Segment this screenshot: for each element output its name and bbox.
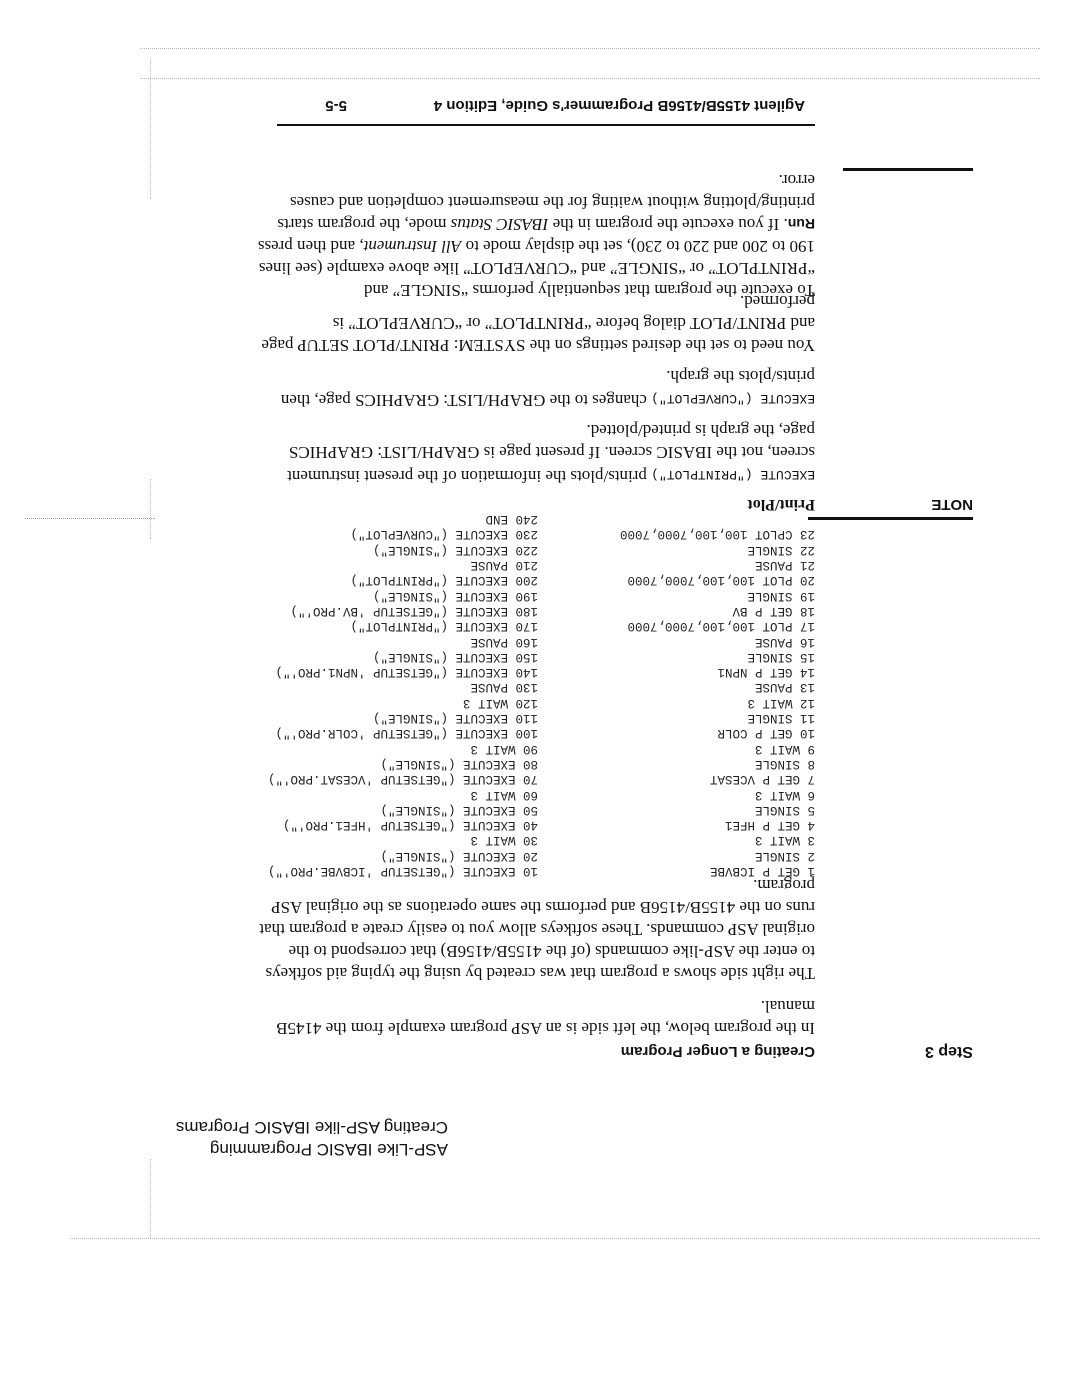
ibasic-code: 140 EXECUTE ("GETSETUP 'NPN1.PRO'") [275, 664, 538, 679]
code-line: 1 GET P ICBVBE10 EXECUTE ("GETSETUP 'ICB… [268, 863, 815, 878]
ibasic-code: 50 EXECUTE ("SINGLE") [380, 802, 538, 817]
asp-code: 12 WAIT 3 [538, 694, 815, 709]
code-line: 13 PAUSE130 PAUSE [268, 679, 815, 694]
note-rule-top [808, 517, 973, 520]
note-text-4b: , and then press [258, 237, 364, 256]
mode-all-instrument: All Instrument [364, 237, 462, 256]
code-line: 9 WAIT 390 WAIT 3 [268, 740, 815, 755]
step-label: Step 3 [925, 1042, 973, 1060]
ibasic-code: 170 EXECUTE ("PRINTPLOT") [350, 618, 538, 633]
asp-code: 5 SINGLE [538, 802, 815, 817]
code-curveplot: EXECUTE ("CURVEPLOT") [651, 391, 815, 406]
ibasic-code: 190 EXECUTE ("SINGLE") [373, 587, 538, 602]
page-number: 5-5 [325, 97, 347, 114]
note-heading: Print/Plot [747, 495, 815, 513]
asp-code: 10 GET P COLR [538, 725, 815, 740]
asp-code: 4 GET P HFE1 [538, 817, 815, 832]
code-line: 20 PLOT 100,100,7000,7000200 EXECUTE ("P… [268, 572, 815, 587]
chapter-header: ASP-Like IBASIC Programming Creating ASP… [176, 1116, 448, 1160]
asp-code: 3 WAIT 3 [538, 832, 815, 847]
asp-code: 15 SINGLE [538, 649, 815, 664]
asp-code: 14 GET P NPN1 [538, 664, 815, 679]
ibasic-code: 220 EXECUTE ("SINGLE") [373, 541, 538, 556]
note-rule-bottom [843, 168, 973, 171]
ibasic-code: 200 EXECUTE ("PRINTPLOT") [350, 572, 538, 587]
code-line: 15 SINGLE150 EXECUTE ("SINGLE") [268, 649, 815, 664]
asp-code: 17 PLOT 100,100,7000,7000 [538, 618, 815, 633]
mode-ibasic-status: IBASIC Status [451, 215, 549, 234]
scan-border-mid [150, 479, 151, 539]
step-title: Creating a Longer Program [621, 1043, 815, 1060]
ibasic-code: 180 EXECUTE ("GETSETUP 'BV.PRO'") [290, 603, 538, 618]
asp-code: 13 PAUSE [538, 679, 815, 694]
note-paragraph-execute: To execute the program that sequentially… [255, 169, 815, 301]
asp-code: 2 SINGLE [538, 847, 815, 862]
ibasic-code: 120 WAIT 3 [463, 694, 538, 709]
section-title: Creating ASP-like IBASIC Programs [176, 1116, 448, 1138]
asp-code: 7 GET P VCESAT [538, 771, 815, 786]
note-text-4c: . If you execute the program in the [548, 215, 787, 234]
ibasic-code: 230 EXECUTE ("CURVEPLOT") [350, 526, 538, 541]
asp-code [538, 511, 815, 526]
code-line: 21 PAUSE210 PAUSE [268, 557, 815, 572]
code-line: 2 SINGLE20 EXECUTE ("SINGLE") [268, 847, 815, 862]
asp-code: 9 WAIT 3 [538, 740, 815, 755]
code-line: 4 GET P HFE140 EXECUTE ("GETSETUP 'HFE1.… [268, 817, 815, 832]
step-intro-2: The right side shows a program that was … [255, 874, 815, 984]
asp-code: 6 WAIT 3 [538, 786, 815, 801]
ibasic-code: 40 EXECUTE ("GETSETUP 'HFE1.PRO'") [283, 817, 538, 832]
ibasic-code: 110 EXECUTE ("SINGLE") [373, 710, 538, 725]
run-key: Run [788, 216, 815, 232]
note-paragraph-curveplot: EXECUTE ("CURVEPLOT") changes to the GRA… [255, 365, 815, 411]
ibasic-code: 160 PAUSE [470, 633, 538, 648]
code-line: 10 GET P COLR100 EXECUTE ("GETSETUP 'COL… [268, 725, 815, 740]
asp-code: 19 SINGLE [538, 587, 815, 602]
asp-code: 20 PLOT 100,100,7000,7000 [538, 572, 815, 587]
ibasic-code: 150 EXECUTE ("SINGLE") [373, 649, 538, 664]
code-line: 18 GET P BV180 EXECUTE ("GETSETUP 'BV.PR… [268, 603, 815, 618]
ibasic-code: 60 WAIT 3 [470, 786, 538, 801]
scan-border-right [150, 59, 151, 199]
asp-code: 22 SINGLE [538, 541, 815, 556]
code-line: 19 SINGLE190 EXECUTE ("SINGLE") [268, 587, 815, 602]
ibasic-code: 210 PAUSE [470, 557, 538, 572]
ibasic-code: 90 WAIT 3 [470, 740, 538, 755]
step-intro-1: In the program below, the left side is a… [255, 995, 815, 1039]
note-paragraph-printplot: EXECUTE ("PRINTPLOT") prints/plots the i… [255, 419, 815, 487]
asp-code: 11 SINGLE [538, 710, 815, 725]
ibasic-code: 10 EXECUTE ("GETSETUP 'ICBVBE.PRO'") [268, 863, 538, 878]
scan-border-bottom [70, 1238, 1040, 1239]
ibasic-code: 100 EXECUTE ("GETSETUP 'COLR.PRO'") [275, 725, 538, 740]
code-line: 16 PAUSE160 PAUSE [268, 633, 815, 648]
scan-margin-line [25, 518, 155, 519]
ibasic-code: 130 PAUSE [470, 679, 538, 694]
note-label: NOTE [931, 496, 973, 513]
asp-code: 16 PAUSE [538, 633, 815, 648]
ibasic-code: 30 WAIT 3 [470, 832, 538, 847]
chapter-title: ASP-Like IBASIC Programming [176, 1138, 448, 1160]
code-line: 12 WAIT 3120 WAIT 3 [268, 694, 815, 709]
footer-title: Agilent 4155B/4156B Programmer's Guide, … [434, 97, 805, 114]
asp-code: 8 SINGLE [538, 756, 815, 771]
code-line: 240 END [268, 511, 815, 526]
code-line: 5 SINGLE50 EXECUTE ("SINGLE") [268, 802, 815, 817]
code-line: 23 CPLOT 100,100,7000,7000230 EXECUTE ("… [268, 526, 815, 541]
footer-rule [277, 124, 815, 126]
scan-border-bottom-right [150, 1159, 151, 1239]
code-line: 11 SINGLE110 EXECUTE ("SINGLE") [268, 710, 815, 725]
code-line: 8 SINGLE80 EXECUTE ("SINGLE") [268, 756, 815, 771]
scan-border-top-2 [140, 78, 1040, 79]
asp-code: 1 GET P ICBVBE [538, 863, 815, 878]
ibasic-code: 240 END [485, 511, 538, 526]
ibasic-code: 80 EXECUTE ("SINGLE") [380, 756, 538, 771]
program-listing: 1 GET P ICBVBE10 EXECUTE ("GETSETUP 'ICB… [268, 511, 815, 878]
document-page: ASP-Like IBASIC Programming Creating ASP… [0, 0, 1080, 1399]
code-line: 14 GET P NPN1140 EXECUTE ("GETSETUP 'NPN… [268, 664, 815, 679]
code-line: 3 WAIT 330 WAIT 3 [268, 832, 815, 847]
asp-code: 21 PAUSE [538, 557, 815, 572]
code-line: 7 GET P VCESAT70 EXECUTE ("GETSETUP 'VCE… [268, 771, 815, 786]
asp-code: 18 GET P BV [538, 603, 815, 618]
code-line: 22 SINGLE220 EXECUTE ("SINGLE") [268, 541, 815, 556]
code-line: 17 PLOT 100,100,7000,7000170 EXECUTE ("P… [268, 618, 815, 633]
ibasic-code: 20 EXECUTE ("SINGLE") [380, 847, 538, 862]
asp-code: 23 CPLOT 100,100,7000,7000 [538, 526, 815, 541]
scan-border-top [140, 48, 1040, 49]
code-printplot: EXECUTE ("PRINTPLOT") [651, 467, 815, 482]
code-line: 6 WAIT 360 WAIT 3 [268, 786, 815, 801]
ibasic-code: 70 EXECUTE ("GETSETUP 'VCESAT.PRO'") [268, 771, 538, 786]
